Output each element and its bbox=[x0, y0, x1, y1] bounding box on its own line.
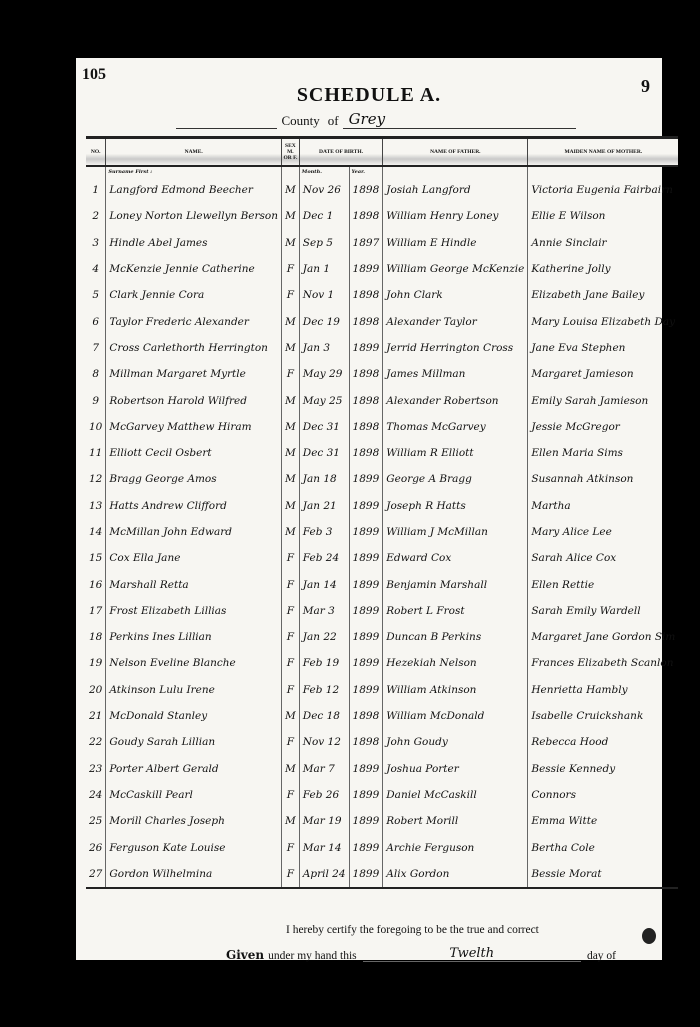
schedule-title: SCHEDULE A. bbox=[76, 84, 662, 107]
cell-sex: F bbox=[282, 571, 300, 597]
cell-name: Gordon Wilhelmina bbox=[106, 861, 282, 888]
cell-month: Dec 31 bbox=[299, 414, 349, 440]
cell-name: Atkinson Lulu Irene bbox=[106, 677, 282, 703]
cell-no: 7 bbox=[86, 335, 106, 361]
cell-name: Marshall Retta bbox=[106, 571, 282, 597]
table-row: 22Goudy Sarah LillianFNov 121898John Gou… bbox=[86, 729, 678, 755]
cell-no: 3 bbox=[86, 230, 106, 256]
cell-year: 1898 bbox=[349, 387, 383, 413]
cell-sex: M bbox=[282, 519, 300, 545]
cell-mother: Margaret Jamieson bbox=[528, 361, 678, 387]
cell-year: 1898 bbox=[349, 308, 383, 334]
cell-name: McGarvey Matthew Hiram bbox=[106, 414, 282, 440]
cell-no: 27 bbox=[86, 861, 106, 888]
register-page: 105 9 SCHEDULE A. County of Grey No. Nam… bbox=[76, 58, 662, 960]
cell-year: 1899 bbox=[349, 624, 383, 650]
certification-line2: Given under my hand this Twelth day of bbox=[226, 946, 616, 962]
cell-year: 1898 bbox=[349, 361, 383, 387]
cell-father: John Clark bbox=[383, 282, 528, 308]
cell-name: Hindle Abel James bbox=[106, 230, 282, 256]
cell-father: William George McKenzie bbox=[383, 256, 528, 282]
cell-month: Nov 26 bbox=[299, 177, 349, 203]
cell-year: 1899 bbox=[349, 677, 383, 703]
cell-mother: Henrietta Hambly bbox=[528, 677, 678, 703]
table-row: 26Ferguson Kate LouiseFMar 141899Archie … bbox=[86, 834, 678, 860]
cell-no: 24 bbox=[86, 782, 106, 808]
cell-mother: Connors bbox=[528, 782, 678, 808]
cell-sex: M bbox=[282, 756, 300, 782]
given-label: Given bbox=[226, 948, 264, 962]
cell-mother: Jessie McGregor bbox=[528, 414, 678, 440]
table-row: 18Perkins Ines LillianFJan 221899Duncan … bbox=[86, 624, 678, 650]
cell-name: Bragg George Amos bbox=[106, 466, 282, 492]
cell-year: 1898 bbox=[349, 177, 383, 203]
table-row: 12Bragg George AmosMJan 181899George A B… bbox=[86, 466, 678, 492]
cell-month: Dec 31 bbox=[299, 440, 349, 466]
day-value: Twelth bbox=[363, 946, 581, 962]
subheader-mother bbox=[528, 166, 678, 177]
county-of-label: of bbox=[324, 113, 343, 129]
cell-year: 1899 bbox=[349, 861, 383, 888]
cell-mother: Margaret Jane Gordon Sim bbox=[528, 624, 678, 650]
cell-name: Clark Jennie Cora bbox=[106, 282, 282, 308]
cell-year: 1898 bbox=[349, 703, 383, 729]
cell-year: 1899 bbox=[349, 756, 383, 782]
cell-name: Taylor Frederic Alexander bbox=[106, 308, 282, 334]
cell-year: 1899 bbox=[349, 519, 383, 545]
cell-mother: Ellen Rettie bbox=[528, 571, 678, 597]
cell-no: 16 bbox=[86, 571, 106, 597]
cell-sex: F bbox=[282, 624, 300, 650]
county-value: Grey bbox=[343, 110, 475, 129]
cell-no: 12 bbox=[86, 466, 106, 492]
cell-month: May 29 bbox=[299, 361, 349, 387]
cell-month: Mar 7 bbox=[299, 756, 349, 782]
cell-father: George A Bragg bbox=[383, 466, 528, 492]
cell-year: 1899 bbox=[349, 545, 383, 571]
cell-year: 1898 bbox=[349, 440, 383, 466]
cell-father: Daniel McCaskill bbox=[383, 782, 528, 808]
cell-mother: Martha bbox=[528, 493, 678, 519]
cell-no: 10 bbox=[86, 414, 106, 440]
cell-father: Alexander Robertson bbox=[383, 387, 528, 413]
cell-mother: Mary Alice Lee bbox=[528, 519, 678, 545]
cell-name: McCaskill Pearl bbox=[106, 782, 282, 808]
cell-name: Porter Albert Gerald bbox=[106, 756, 282, 782]
cell-name: McDonald Stanley bbox=[106, 703, 282, 729]
cell-no: 4 bbox=[86, 256, 106, 282]
cell-father: Alexander Taylor bbox=[383, 308, 528, 334]
cell-year: 1898 bbox=[349, 203, 383, 229]
cell-sex: F bbox=[282, 256, 300, 282]
cell-name: Goudy Sarah Lillian bbox=[106, 729, 282, 755]
cell-no: 25 bbox=[86, 808, 106, 834]
table-row: 19Nelson Eveline BlancheFFeb 191899Hezek… bbox=[86, 650, 678, 676]
table-row: 14McMillan John EdwardMFeb 31899William … bbox=[86, 519, 678, 545]
birth-register-table: No. Name. Sex M. or F. Date of Birth. Na… bbox=[86, 136, 678, 889]
cell-sex: F bbox=[282, 545, 300, 571]
table-row: 6Taylor Frederic AlexanderMDec 191898Ale… bbox=[86, 308, 678, 334]
cell-father: Josiah Langford bbox=[383, 177, 528, 203]
table-row: 2Loney Norton Llewellyn BersonMDec 11898… bbox=[86, 203, 678, 229]
table-row: 15Cox Ella JaneFFeb 241899Edward CoxSara… bbox=[86, 545, 678, 571]
cell-month: Mar 14 bbox=[299, 834, 349, 860]
cell-father: Joshua Porter bbox=[383, 756, 528, 782]
header-mother: Maiden Name of Mother. bbox=[528, 138, 678, 167]
table-row: 9Robertson Harold WilfredMMay 251898Alex… bbox=[86, 387, 678, 413]
table-row: 8Millman Margaret MyrtleFMay 291898James… bbox=[86, 361, 678, 387]
subheader-father bbox=[383, 166, 528, 177]
cell-mother: Ellie E Wilson bbox=[528, 203, 678, 229]
cell-mother: Sarah Alice Cox bbox=[528, 545, 678, 571]
cell-month: Jan 14 bbox=[299, 571, 349, 597]
cell-mother: Isabelle Cruickshank bbox=[528, 703, 678, 729]
cell-year: 1899 bbox=[349, 256, 383, 282]
cell-name: Nelson Eveline Blanche bbox=[106, 650, 282, 676]
table-row: 21McDonald StanleyMDec 181898William McD… bbox=[86, 703, 678, 729]
cell-month: Feb 3 bbox=[299, 519, 349, 545]
cell-no: 2 bbox=[86, 203, 106, 229]
cell-no: 19 bbox=[86, 650, 106, 676]
cell-father: Thomas McGarvey bbox=[383, 414, 528, 440]
cell-sex: M bbox=[282, 387, 300, 413]
cell-sex: F bbox=[282, 361, 300, 387]
header-father: Name of Father. bbox=[383, 138, 528, 167]
cell-sex: F bbox=[282, 782, 300, 808]
subheader-year: Year. bbox=[349, 166, 383, 177]
cell-father: William E Hindle bbox=[383, 230, 528, 256]
cell-no: 11 bbox=[86, 440, 106, 466]
cell-year: 1899 bbox=[349, 650, 383, 676]
cell-name: Cross Carlethorth Herrington bbox=[106, 335, 282, 361]
cell-sex: F bbox=[282, 834, 300, 860]
cell-mother: Victoria Eugenia Fairbairn bbox=[528, 177, 678, 203]
cell-sex: M bbox=[282, 414, 300, 440]
cell-month: Feb 19 bbox=[299, 650, 349, 676]
cell-mother: Mary Louisa Elizabeth Day bbox=[528, 308, 678, 334]
cell-name: Elliott Cecil Osbert bbox=[106, 440, 282, 466]
cell-year: 1899 bbox=[349, 493, 383, 519]
cell-sex: M bbox=[282, 203, 300, 229]
table-row: 25Morill Charles JosephMMar 191899Robert… bbox=[86, 808, 678, 834]
cell-no: 13 bbox=[86, 493, 106, 519]
cell-name: Perkins Ines Lillian bbox=[106, 624, 282, 650]
cell-no: 22 bbox=[86, 729, 106, 755]
cell-sex: M bbox=[282, 466, 300, 492]
cell-mother: Sarah Emily Wardell bbox=[528, 598, 678, 624]
cell-father: Alix Gordon bbox=[383, 861, 528, 888]
table-row: 3Hindle Abel JamesMSep 51897William E Hi… bbox=[86, 230, 678, 256]
cell-month: Feb 24 bbox=[299, 545, 349, 571]
cell-no: 1 bbox=[86, 177, 106, 203]
cell-year: 1897 bbox=[349, 230, 383, 256]
county-line-right bbox=[475, 116, 576, 129]
cell-month: Dec 1 bbox=[299, 203, 349, 229]
hand-label: under my hand this bbox=[264, 950, 356, 962]
cell-month: April 24 bbox=[299, 861, 349, 888]
cell-month: Nov 1 bbox=[299, 282, 349, 308]
cell-mother: Susannah Atkinson bbox=[528, 466, 678, 492]
cell-father: Archie Ferguson bbox=[383, 834, 528, 860]
cell-month: Feb 26 bbox=[299, 782, 349, 808]
county-label: County bbox=[277, 113, 323, 129]
cell-father: Jerrid Herrington Cross bbox=[383, 335, 528, 361]
cell-year: 1899 bbox=[349, 466, 383, 492]
county-line-left bbox=[176, 116, 277, 129]
cell-father: James Millman bbox=[383, 361, 528, 387]
table-row: 13Hatts Andrew CliffordMJan 211899Joseph… bbox=[86, 493, 678, 519]
cell-name: McKenzie Jennie Catherine bbox=[106, 256, 282, 282]
cell-sex: M bbox=[282, 308, 300, 334]
header-name: Name. bbox=[106, 138, 282, 167]
cell-sex: M bbox=[282, 177, 300, 203]
cell-month: Dec 18 bbox=[299, 703, 349, 729]
cell-father: Duncan B Perkins bbox=[383, 624, 528, 650]
cell-father: William J McMillan bbox=[383, 519, 528, 545]
table-row: 1Langford Edmond BeecherMNov 261898Josia… bbox=[86, 177, 678, 203]
cell-father: Hezekiah Nelson bbox=[383, 650, 528, 676]
cell-name: McMillan John Edward bbox=[106, 519, 282, 545]
cell-no: 26 bbox=[86, 834, 106, 860]
cell-month: Jan 3 bbox=[299, 335, 349, 361]
header-no: No. bbox=[86, 138, 106, 167]
cell-father: William McDonald bbox=[383, 703, 528, 729]
cell-no: 6 bbox=[86, 308, 106, 334]
table-row: 4McKenzie Jennie CatherineFJan 11899Will… bbox=[86, 256, 678, 282]
cell-no: 15 bbox=[86, 545, 106, 571]
cell-year: 1899 bbox=[349, 782, 383, 808]
cell-father: Joseph R Hatts bbox=[383, 493, 528, 519]
header-sex: Sex M. or F. bbox=[282, 138, 300, 167]
binder-hole bbox=[642, 928, 656, 944]
cell-no: 9 bbox=[86, 387, 106, 413]
cell-sex: F bbox=[282, 677, 300, 703]
cell-sex: F bbox=[282, 650, 300, 676]
cell-mother: Frances Elizabeth Scanlon bbox=[528, 650, 678, 676]
cell-month: May 25 bbox=[299, 387, 349, 413]
cell-year: 1899 bbox=[349, 834, 383, 860]
subheader-name: Surname First : bbox=[106, 166, 282, 177]
cell-name: Morill Charles Joseph bbox=[106, 808, 282, 834]
cell-sex: F bbox=[282, 282, 300, 308]
cell-no: 23 bbox=[86, 756, 106, 782]
cell-year: 1898 bbox=[349, 414, 383, 440]
cell-sex: F bbox=[282, 861, 300, 888]
cell-name: Loney Norton Llewellyn Berson bbox=[106, 203, 282, 229]
table-row: 11Elliott Cecil OsbertMDec 311898William… bbox=[86, 440, 678, 466]
cell-name: Frost Elizabeth Lillias bbox=[106, 598, 282, 624]
cell-sex: F bbox=[282, 729, 300, 755]
cell-father: John Goudy bbox=[383, 729, 528, 755]
cell-month: Mar 3 bbox=[299, 598, 349, 624]
cell-no: 14 bbox=[86, 519, 106, 545]
cell-sex: M bbox=[282, 230, 300, 256]
subheader-no bbox=[86, 166, 106, 177]
table-row: 7Cross Carlethorth HerringtonMJan 31899J… bbox=[86, 335, 678, 361]
cell-father: William Henry Loney bbox=[383, 203, 528, 229]
cell-father: Edward Cox bbox=[383, 545, 528, 571]
cell-month: Nov 12 bbox=[299, 729, 349, 755]
cell-name: Millman Margaret Myrtle bbox=[106, 361, 282, 387]
cell-year: 1899 bbox=[349, 598, 383, 624]
cell-mother: Ellen Maria Sims bbox=[528, 440, 678, 466]
cell-sex: F bbox=[282, 598, 300, 624]
cell-year: 1898 bbox=[349, 729, 383, 755]
cell-father: Robert L Frost bbox=[383, 598, 528, 624]
subheader-month: Month. bbox=[299, 166, 349, 177]
cell-sex: M bbox=[282, 703, 300, 729]
table-row: 16Marshall RettaFJan 141899Benjamin Mars… bbox=[86, 571, 678, 597]
cell-mother: Annie Sinclair bbox=[528, 230, 678, 256]
certification-line1: I hereby certify the foregoing to be the… bbox=[286, 924, 539, 936]
cell-month: Jan 22 bbox=[299, 624, 349, 650]
cell-month: Dec 19 bbox=[299, 308, 349, 334]
cell-father: Robert Morill bbox=[383, 808, 528, 834]
cell-month: Jan 18 bbox=[299, 466, 349, 492]
subheader-row: Surname First : Month. Year. bbox=[86, 166, 678, 177]
cell-year: 1899 bbox=[349, 335, 383, 361]
header-dob: Date of Birth. bbox=[299, 138, 382, 167]
cell-father: William Atkinson bbox=[383, 677, 528, 703]
table-row: 10McGarvey Matthew HiramMDec 311898Thoma… bbox=[86, 414, 678, 440]
cell-sex: M bbox=[282, 335, 300, 361]
cell-sex: M bbox=[282, 493, 300, 519]
cell-sex: M bbox=[282, 440, 300, 466]
cell-name: Robertson Harold Wilfred bbox=[106, 387, 282, 413]
cell-no: 20 bbox=[86, 677, 106, 703]
day-of-label: day of bbox=[587, 950, 616, 962]
cell-father: William R Elliott bbox=[383, 440, 528, 466]
cell-month: Sep 5 bbox=[299, 230, 349, 256]
cell-father: Benjamin Marshall bbox=[383, 571, 528, 597]
table-row: 23Porter Albert GeraldMMar 71899Joshua P… bbox=[86, 756, 678, 782]
cell-month: Jan 21 bbox=[299, 493, 349, 519]
cell-month: Feb 12 bbox=[299, 677, 349, 703]
table-row: 20Atkinson Lulu IreneFFeb 121899William … bbox=[86, 677, 678, 703]
cell-mother: Bessie Morat bbox=[528, 861, 678, 888]
cell-mother: Emily Sarah Jamieson bbox=[528, 387, 678, 413]
cell-year: 1898 bbox=[349, 282, 383, 308]
cell-month: Mar 19 bbox=[299, 808, 349, 834]
cell-mother: Bertha Cole bbox=[528, 834, 678, 860]
cell-sex: M bbox=[282, 808, 300, 834]
cell-mother: Rebecca Hood bbox=[528, 729, 678, 755]
cell-no: 8 bbox=[86, 361, 106, 387]
cell-mother: Bessie Kennedy bbox=[528, 756, 678, 782]
cell-no: 21 bbox=[86, 703, 106, 729]
table-row: 5Clark Jennie CoraFNov 11898John ClarkEl… bbox=[86, 282, 678, 308]
cell-month: Jan 1 bbox=[299, 256, 349, 282]
cell-name: Cox Ella Jane bbox=[106, 545, 282, 571]
cell-year: 1899 bbox=[349, 571, 383, 597]
page-number: 105 bbox=[82, 66, 106, 84]
cell-mother: Emma Witte bbox=[528, 808, 678, 834]
cell-name: Hatts Andrew Clifford bbox=[106, 493, 282, 519]
table-row: 17Frost Elizabeth LilliasFMar 31899Rober… bbox=[86, 598, 678, 624]
cell-mother: Katherine Jolly bbox=[528, 256, 678, 282]
cell-year: 1899 bbox=[349, 808, 383, 834]
subheader-sex bbox=[282, 166, 300, 177]
cell-no: 5 bbox=[86, 282, 106, 308]
table-row: 24McCaskill PearlFFeb 261899Daniel McCas… bbox=[86, 782, 678, 808]
table-row: 27Gordon WilhelminaFApril 241899Alix Gor… bbox=[86, 861, 678, 888]
county-row: County of Grey bbox=[176, 110, 576, 129]
cell-name: Ferguson Kate Louise bbox=[106, 834, 282, 860]
cell-no: 17 bbox=[86, 598, 106, 624]
cell-mother: Elizabeth Jane Bailey bbox=[528, 282, 678, 308]
cell-no: 18 bbox=[86, 624, 106, 650]
cell-name: Langford Edmond Beecher bbox=[106, 177, 282, 203]
cell-mother: Jane Eva Stephen bbox=[528, 335, 678, 361]
